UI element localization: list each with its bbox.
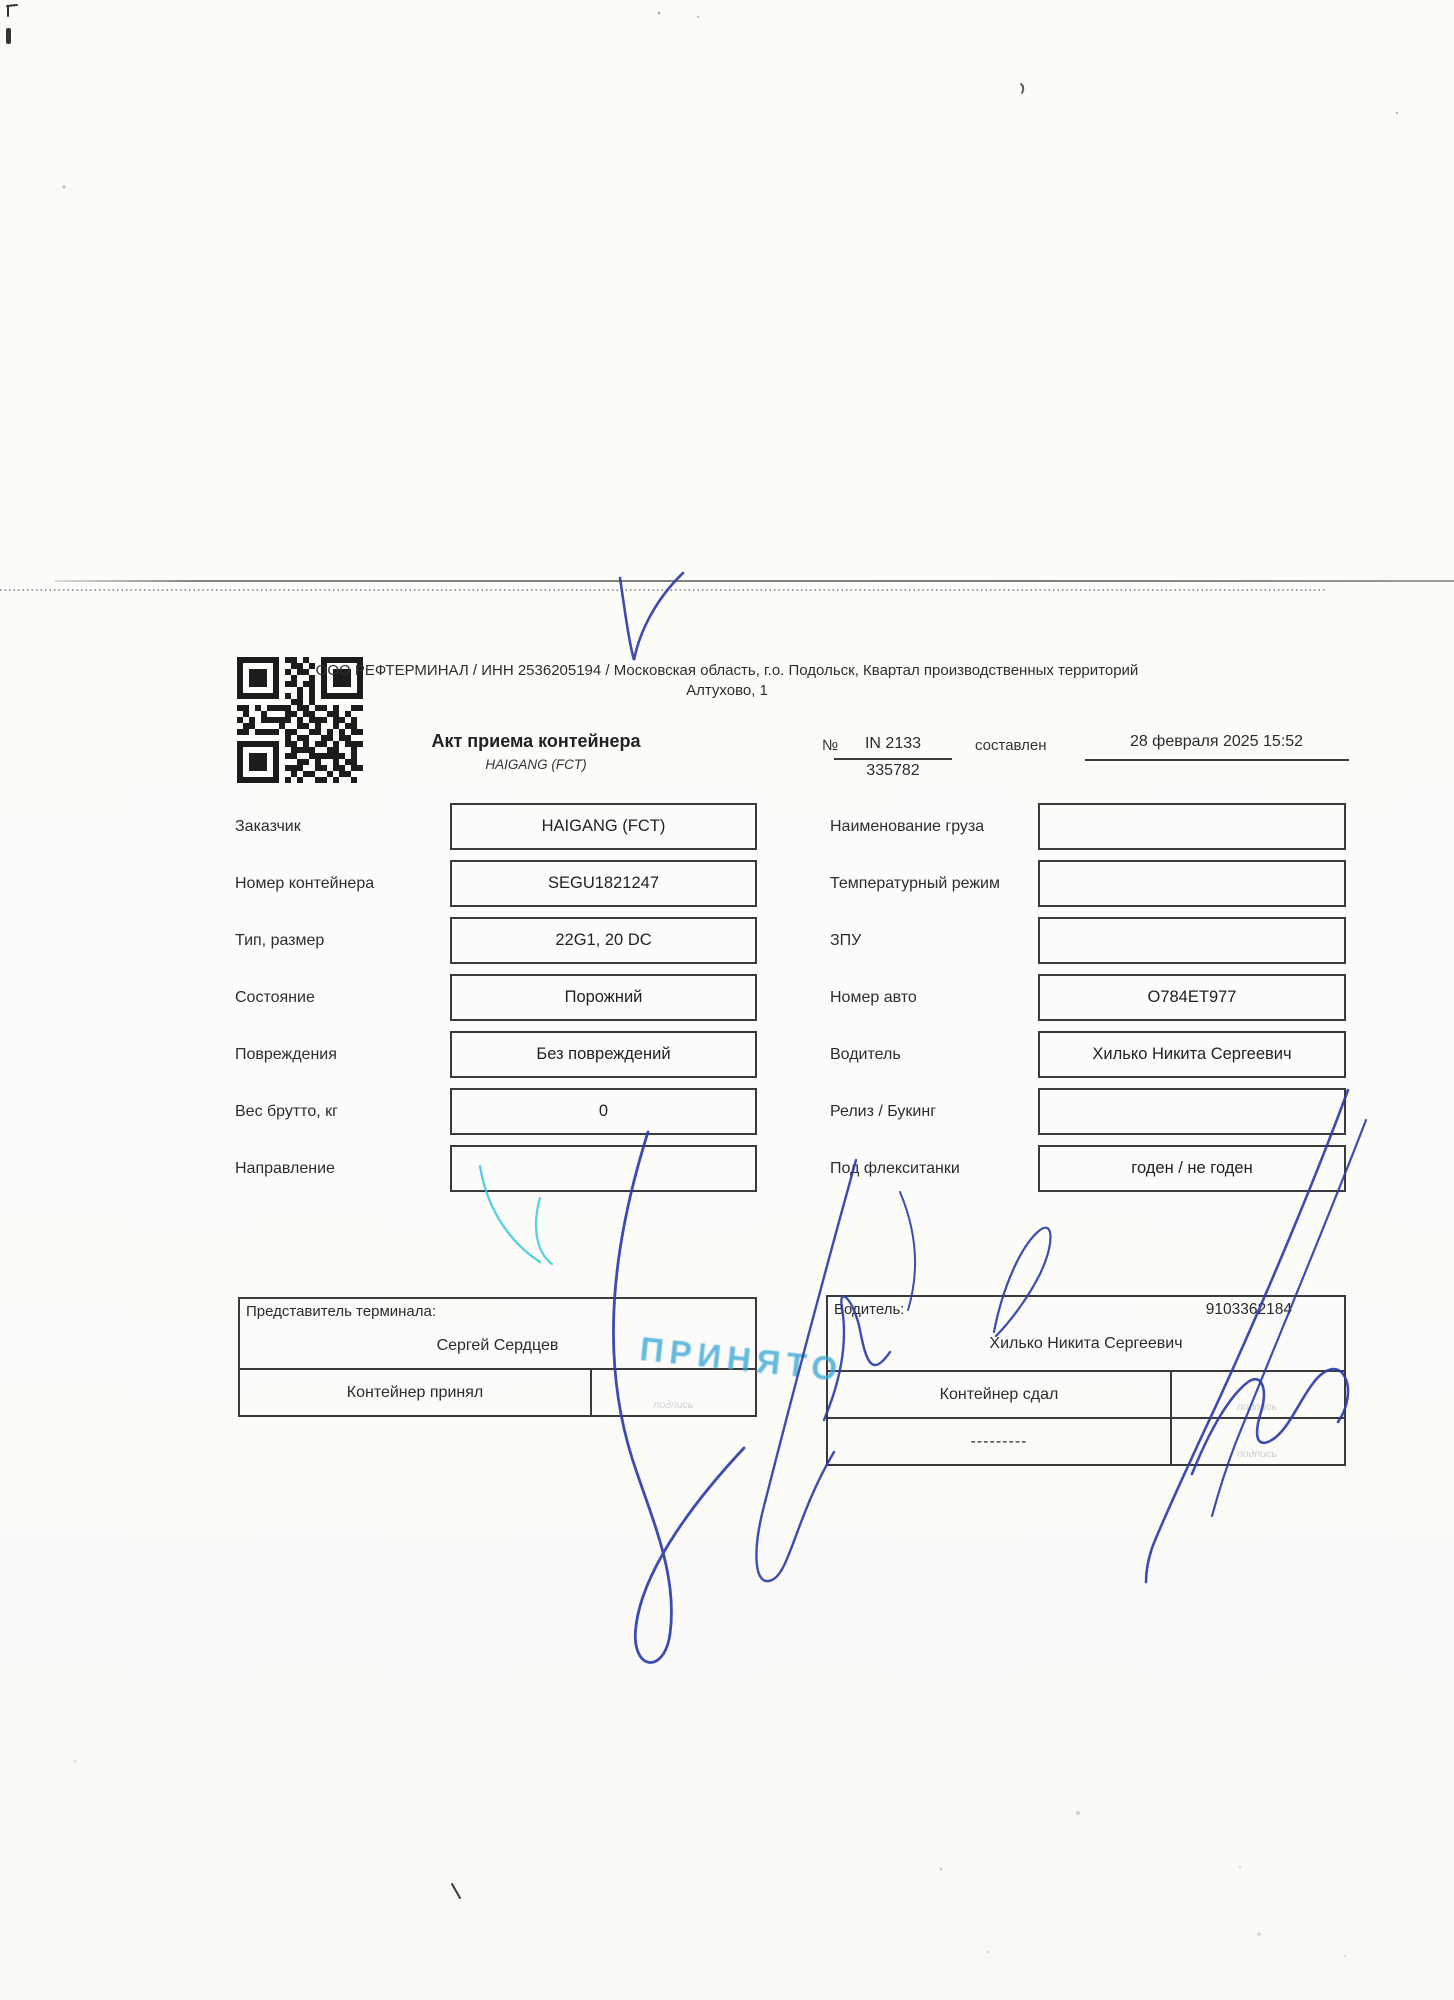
document-subtitle: HAIGANG (FCT): [386, 757, 686, 772]
field-row-7: Направление Под флекситанки годен / не г…: [0, 1145, 1454, 1192]
label-sostoyanie: Состояние: [235, 974, 315, 1021]
field-row-1: Заказчик HAIGANG (FCT) Наименование груз…: [0, 803, 1454, 850]
label-voditel: Водитель: [830, 1031, 901, 1078]
doc-number-top: IN 2133: [836, 735, 950, 753]
scan-artifact-line: [55, 580, 1454, 582]
company-header-line2: Алтухово, 1: [277, 681, 1177, 701]
label-nomer-konteynera: Номер контейнера: [235, 860, 374, 907]
company-header: ООО РЕФТЕРМИНАЛ / ИНН 2536205194 / Моско…: [277, 661, 1177, 701]
composed-date: 28 февраля 2025 15:52: [1085, 733, 1348, 751]
box-temperaturny-rezhim: [1038, 860, 1346, 907]
box-nomer-avto: О784ЕТ977: [1038, 974, 1346, 1021]
scanned-document-page: ООО РЕФТЕРМИНАЛ / ИНН 2536205194 / Моско…: [0, 0, 1454, 2000]
signature-hint: подпись: [592, 1399, 755, 1411]
field-row-6: Вес брутто, кг 0 Релиз / Букинг: [0, 1088, 1454, 1135]
box-pod-fleksitanki: годен / не годен: [1038, 1145, 1346, 1192]
composed-date-underline: [1085, 759, 1349, 761]
box-zpu: [1038, 917, 1346, 964]
container-handed-label: Контейнер сдал: [828, 1372, 1170, 1417]
terminal-block-bottom-row: Контейнер принял подпись: [240, 1368, 755, 1415]
signature-hint: подпись: [1172, 1448, 1342, 1460]
value-tip-razmer: 22G1, 20 DC: [555, 931, 651, 950]
pen-checkmark: [620, 573, 683, 660]
box-napravlenie: [450, 1145, 757, 1192]
value-nomer-avto: О784ЕТ977: [1148, 988, 1237, 1007]
value-ves-brutto: 0: [599, 1102, 608, 1121]
field-row-5: Повреждения Без повреждений Водитель Хил…: [0, 1031, 1454, 1078]
label-povrezhdeniya: Повреждения: [235, 1031, 337, 1078]
document-title: Акт приема контейнера: [386, 731, 686, 752]
scan-artifact-dotted-line: [0, 589, 1325, 591]
box-reliz-buking: [1038, 1088, 1346, 1135]
label-reliz-buking: Релиз / Букинг: [830, 1088, 936, 1135]
field-row-3: Тип, размер 22G1, 20 DC ЗПУ: [0, 917, 1454, 964]
value-povrezhdeniya: Без повреждений: [536, 1045, 670, 1064]
container-accepted-label: Контейнер принял: [240, 1370, 590, 1415]
value-pod-fleksitanki: годен / не годен: [1131, 1159, 1252, 1178]
terminal-block-title: Представитель терминала:: [246, 1303, 436, 1320]
driver-block-row-1: Контейнер сдал подпись: [828, 1370, 1344, 1417]
driver-block: Водитель: 9103362184 Хилько Никита Серге…: [826, 1295, 1346, 1466]
value-nomer-konteynera: SEGU1821247: [548, 874, 659, 893]
driver-block-row-2: --------- подпись: [828, 1417, 1344, 1464]
composed-label: составлен: [975, 737, 1047, 754]
label-zpu: ЗПУ: [830, 917, 861, 964]
box-naimenovanie-gruza: [1038, 803, 1346, 850]
field-row-2: Номер контейнера SEGU1821247 Температурн…: [0, 860, 1454, 907]
value-voditel: Хилько Никита Сергеевич: [1092, 1045, 1291, 1064]
company-header-line1: ООО РЕФТЕРМИНАЛ / ИНН 2536205194 / Моско…: [277, 661, 1177, 681]
label-napravlenie: Направление: [235, 1145, 335, 1192]
field-row-4: Состояние Порожний Номер авто О784ЕТ977: [0, 974, 1454, 1021]
doc-number-underline: [834, 758, 952, 760]
box-sostoyanie: Порожний: [450, 974, 757, 1021]
box-povrezhdeniya: Без повреждений: [450, 1031, 757, 1078]
label-pod-fleksitanki: Под флекситанки: [830, 1145, 960, 1192]
value-zakazchik: HAIGANG (FCT): [542, 817, 666, 836]
label-temperaturny-rezhim: Температурный режим: [830, 860, 1000, 907]
driver-name: Хилько Никита Сергеевич: [828, 1335, 1344, 1353]
label-naimenovanie-gruza: Наименование груза: [830, 803, 984, 850]
dashes-placeholder: ---------: [828, 1419, 1170, 1464]
box-zakazchik: HAIGANG (FCT): [450, 803, 757, 850]
driver-signature-cell-2: подпись: [1170, 1419, 1342, 1464]
label-nomer-avto: Номер авто: [830, 974, 917, 1021]
value-sostoyanie: Порожний: [565, 988, 643, 1007]
box-tip-razmer: 22G1, 20 DC: [450, 917, 757, 964]
box-nomer-konteynera: SEGU1821247: [450, 860, 757, 907]
box-ves-brutto: 0: [450, 1088, 757, 1135]
driver-phone: 9103362184: [1206, 1301, 1292, 1319]
label-zakazchik: Заказчик: [235, 803, 301, 850]
signature-hint: подпись: [1172, 1401, 1342, 1413]
label-tip-razmer: Тип, размер: [235, 917, 324, 964]
box-voditel: Хилько Никита Сергеевич: [1038, 1031, 1346, 1078]
label-ves-brutto: Вес брутто, кг: [235, 1088, 338, 1135]
driver-signature-cell: подпись: [1170, 1372, 1342, 1417]
driver-block-title: Водитель:: [834, 1301, 904, 1318]
doc-number-bottom: 335782: [836, 762, 950, 780]
